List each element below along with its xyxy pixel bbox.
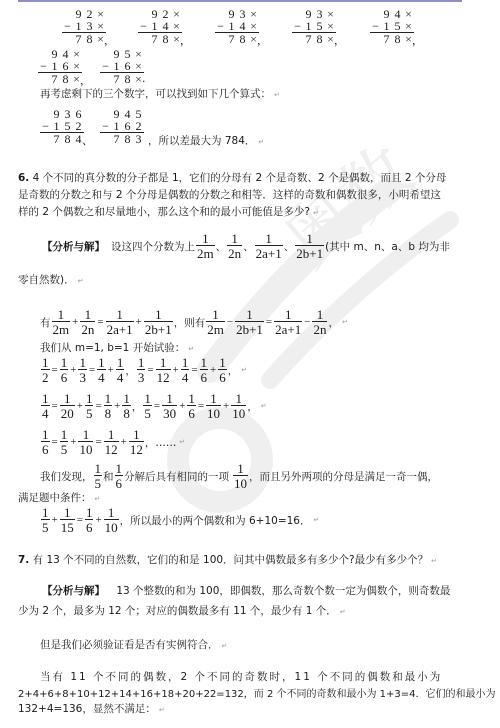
fraction: 15 bbox=[60, 428, 69, 456]
operator: = bbox=[95, 436, 101, 448]
fraction: 15 bbox=[143, 392, 152, 420]
subtraction-bot-row: 783 bbox=[100, 133, 144, 145]
denominator: 2a+1 bbox=[106, 321, 134, 336]
denominator: 6 bbox=[218, 369, 227, 384]
separator: 、 bbox=[243, 239, 254, 254]
fraction: 120 bbox=[60, 392, 75, 420]
numerator: 1 bbox=[41, 428, 50, 441]
denominator: 3 bbox=[137, 369, 146, 384]
numerator: 1 bbox=[165, 392, 174, 405]
numerator: 1 bbox=[154, 308, 163, 321]
numerator: 1 bbox=[63, 392, 72, 405]
operator: + bbox=[52, 514, 58, 526]
subtraction-bot-row: 78× bbox=[215, 33, 259, 45]
fraction: 12a+1 bbox=[106, 308, 134, 336]
digit: − bbox=[138, 20, 149, 32]
vertical-subtraction: 92×−13×78× bbox=[62, 8, 106, 45]
fraction: 14 bbox=[41, 392, 50, 420]
case-line-3: 132+4=136，显然不满足：↵ bbox=[18, 701, 165, 716]
vertical-subtraction: 94×−16×78× bbox=[38, 48, 82, 85]
separator: 、 bbox=[284, 239, 295, 254]
digit: 1 bbox=[111, 60, 122, 72]
operator: + bbox=[72, 316, 78, 328]
digit: 1 bbox=[381, 20, 392, 32]
numerator: 1 bbox=[264, 232, 273, 245]
numerator: 1 bbox=[284, 308, 293, 321]
denominator: 2m bbox=[196, 245, 215, 260]
case-line-2: 2+4+6+8+10+12+14+16+18+20+22=132，而 2 个不同… bbox=[18, 685, 496, 700]
numerator: 1 bbox=[41, 506, 50, 519]
fraction: 112 bbox=[104, 428, 119, 456]
operator: = bbox=[198, 400, 204, 412]
subtraction-bot-row: 78× bbox=[38, 73, 82, 85]
denominator: 6 bbox=[60, 369, 69, 384]
digit: 6 bbox=[122, 60, 133, 72]
vertical-subtraction: 92×−14×78× bbox=[138, 8, 182, 45]
fraction: 12n bbox=[227, 232, 242, 260]
numerator: 1 bbox=[211, 308, 220, 321]
fraction: 18 bbox=[122, 392, 131, 420]
separator: 、 bbox=[216, 239, 227, 254]
digit: 7 bbox=[51, 133, 62, 145]
operator: + bbox=[210, 364, 216, 376]
fraction: 13 bbox=[137, 356, 146, 384]
numerator: 1 bbox=[78, 356, 87, 369]
operator: = bbox=[95, 400, 101, 412]
denominator: 6 bbox=[85, 519, 94, 534]
numerator: 1 bbox=[137, 356, 146, 369]
verify-text: 但是我们必须验证看是否有实例符合．↵ bbox=[40, 637, 227, 652]
digit: × bbox=[171, 20, 182, 32]
digit: 4 bbox=[160, 20, 171, 32]
digit: 6 bbox=[122, 120, 133, 132]
denominator: 4 bbox=[181, 369, 190, 384]
digit: 7 bbox=[226, 33, 237, 45]
consider-text: 再考虑剩下的三个数字，可以找到如下几个算式：↵ bbox=[40, 86, 280, 101]
vertical-subtraction: 945−162783 bbox=[100, 108, 144, 145]
vertical-subtraction: 94×−15×78× bbox=[370, 8, 414, 45]
digit: 1 bbox=[73, 20, 84, 32]
digit: − bbox=[40, 120, 51, 132]
vertical-subtraction: 93×−14×78× bbox=[215, 8, 259, 45]
analysis7-line1: 【分析与解】 13 个整数的和为 100，即偶数，那么奇数个数一定为偶数个，则奇… bbox=[42, 583, 450, 598]
numerator: 1 bbox=[97, 356, 106, 369]
operator: − bbox=[304, 316, 310, 328]
numerator: 1 bbox=[143, 392, 152, 405]
final-equation: 15+115=16+110 ，所以最小的两个偶数和为 6+10=16．↵ bbox=[40, 506, 319, 534]
fraction: 110 bbox=[233, 462, 248, 490]
digit: 3 bbox=[133, 133, 144, 145]
digit: 8 bbox=[237, 33, 248, 45]
numerator: 1 bbox=[82, 428, 91, 441]
operator: = bbox=[147, 364, 153, 376]
denominator: 10 bbox=[206, 405, 221, 420]
fraction: 12b+1 bbox=[235, 308, 264, 336]
case-line-1: 当有 11 个不同的偶数，2 个不同的奇数时，11 个不同的偶数和最小为 bbox=[40, 669, 442, 684]
fraction: 16 bbox=[115, 462, 124, 490]
digit: 5 bbox=[314, 20, 325, 32]
operator: = bbox=[97, 316, 103, 328]
fraction: 14 bbox=[97, 356, 106, 384]
trial-equation: 12=16+13=14+14 bbox=[40, 356, 125, 384]
digit: 7 bbox=[381, 33, 392, 45]
fraction: 14 bbox=[116, 356, 125, 384]
trial-line: 12=16+13=14+14，13=112+14=16+16，↵ bbox=[40, 356, 247, 384]
trial-line: 16=15+110=112+112，……↵ bbox=[40, 428, 185, 456]
numerator: 1 bbox=[187, 392, 196, 405]
digit: × bbox=[248, 20, 259, 32]
denominator: 2b+1 bbox=[144, 321, 173, 336]
fraction: 12b+1 bbox=[295, 232, 324, 260]
digit: 8 bbox=[392, 33, 403, 45]
separator: ， bbox=[412, 32, 423, 48]
numerator: 1 bbox=[305, 232, 314, 245]
digit: − bbox=[100, 120, 111, 132]
denominator: 5 bbox=[143, 405, 152, 420]
digit: 8 bbox=[122, 133, 133, 145]
operator: + bbox=[95, 514, 101, 526]
separator: ， bbox=[257, 32, 268, 48]
denominator: 2m bbox=[206, 321, 225, 336]
operator: + bbox=[77, 400, 83, 412]
subtraction-bot-row: 78× bbox=[370, 33, 414, 45]
digit: 7 bbox=[73, 33, 84, 45]
digit: 7 bbox=[111, 73, 122, 85]
denominator: 4 bbox=[41, 405, 50, 420]
denominator: 30 bbox=[162, 405, 177, 420]
fraction: 16 bbox=[41, 428, 50, 456]
denominator: 2m bbox=[52, 321, 71, 336]
analysis7-line2: 少为 2 个，最多为 12 个；对应的偶数最多有 11 个，最少有 1 个．↵ bbox=[18, 603, 346, 618]
subtraction-bot-row: 78× bbox=[138, 33, 182, 45]
fraction: 12 bbox=[41, 356, 50, 384]
separator: ， bbox=[228, 363, 239, 378]
vertical-subtraction: 936−152784 bbox=[40, 108, 84, 145]
denominator: 2a+1 bbox=[255, 245, 283, 260]
separator: ， bbox=[125, 363, 136, 378]
numerator: 1 bbox=[115, 308, 124, 321]
digit: 6 bbox=[60, 60, 71, 72]
fraction: 12n bbox=[80, 308, 95, 336]
fraction: 14 bbox=[181, 356, 190, 384]
digit: 8 bbox=[84, 33, 95, 45]
found-line: 我们发现， 15 和 16 分解后具有相同的一项 110 ，而且另外两项的分母是… bbox=[40, 462, 438, 490]
denominator: 2n bbox=[312, 321, 327, 336]
denominator: 5 bbox=[60, 441, 69, 456]
numerator: 1 bbox=[60, 428, 69, 441]
fraction: 16 bbox=[60, 356, 69, 384]
trial-equation: 13=112+14=16+16 bbox=[136, 356, 228, 384]
denominator: 4 bbox=[116, 369, 125, 384]
denominator: 6 bbox=[187, 405, 196, 420]
operator: − bbox=[227, 316, 233, 328]
digit: 1 bbox=[111, 120, 122, 132]
equation-line-1: 有 12m+12n=12a+1+12b+1 ，则有 12m−12b+1=12a+… bbox=[40, 308, 348, 336]
separator: ， bbox=[247, 399, 258, 414]
numerator: 1 bbox=[209, 392, 218, 405]
denominator: 3 bbox=[78, 369, 87, 384]
numerator: 1 bbox=[60, 356, 69, 369]
denominator: 2b+1 bbox=[295, 245, 324, 260]
denominator: 20 bbox=[60, 405, 75, 420]
denominator: 6 bbox=[41, 441, 50, 456]
fraction: 18 bbox=[104, 392, 113, 420]
fraction: 12m bbox=[52, 308, 71, 336]
digit: 1 bbox=[49, 60, 60, 72]
vertical-subtraction: 95×−16×78× bbox=[100, 48, 144, 85]
numerator: 1 bbox=[107, 428, 116, 441]
problem-6: 6. 4 个不同的真分数的分子都是 1，它们的分母有 2 个是奇数、2 个是偶数… bbox=[18, 170, 446, 222]
numerator: 1 bbox=[41, 392, 50, 405]
fraction: 112 bbox=[129, 428, 144, 456]
digit: 7 bbox=[111, 133, 122, 145]
fraction: 115 bbox=[60, 506, 75, 534]
page-top-rule bbox=[18, 0, 462, 2]
operator: = bbox=[52, 364, 58, 376]
separator: ， bbox=[104, 32, 115, 48]
digit: × bbox=[403, 20, 414, 32]
denominator: 2b+1 bbox=[235, 321, 264, 336]
subtraction-bot-row: 78× bbox=[62, 33, 106, 45]
operator: + bbox=[108, 364, 114, 376]
digit: 5 bbox=[392, 20, 403, 32]
numerator: 1 bbox=[235, 392, 244, 405]
digit: × bbox=[325, 20, 336, 32]
separator: ， bbox=[132, 399, 143, 414]
digit: 8 bbox=[62, 133, 73, 145]
digit: 8 bbox=[160, 33, 171, 45]
vertical-subtraction: 93×−15×78× bbox=[292, 8, 336, 45]
numerator: 1 bbox=[85, 506, 94, 519]
digit: 5 bbox=[62, 120, 73, 132]
denominator: 8 bbox=[104, 405, 113, 420]
fraction: 12n bbox=[312, 308, 327, 336]
denominator: 5 bbox=[41, 519, 50, 534]
denominator: 4 bbox=[97, 369, 106, 384]
denominator: 10 bbox=[104, 519, 119, 534]
denominator: 6 bbox=[200, 369, 209, 384]
denominator: 2n bbox=[80, 321, 95, 336]
satisfy-text: 满足题中条件：↵ bbox=[18, 490, 100, 505]
fraction: 110 bbox=[231, 392, 246, 420]
denominator: 5 bbox=[85, 405, 94, 420]
fraction: 16 bbox=[85, 506, 94, 534]
operator: + bbox=[223, 400, 229, 412]
numerator: 1 bbox=[245, 308, 254, 321]
numerator: 1 bbox=[218, 356, 227, 369]
analysis6-intro: 【分析与解】 设这四个分数为上 12m、12n、12a+1、12b+1 (其中 … bbox=[42, 232, 450, 260]
fraction: 16 bbox=[187, 392, 196, 420]
numerator: 1 bbox=[84, 308, 93, 321]
fraction: 12b+1 bbox=[144, 308, 173, 336]
digit: 1 bbox=[303, 20, 314, 32]
denominator: 10 bbox=[233, 475, 248, 490]
operator: + bbox=[114, 400, 120, 412]
numerator: 1 bbox=[107, 506, 116, 519]
digit: − bbox=[215, 20, 226, 32]
denominator: 10 bbox=[78, 441, 93, 456]
denominator: 6 bbox=[115, 475, 124, 490]
operator: = bbox=[89, 364, 95, 376]
trial-equation: 16=15+110=112+112 bbox=[40, 428, 145, 456]
numerator: 1 bbox=[201, 232, 210, 245]
operator: = bbox=[52, 400, 58, 412]
digit: 7 bbox=[303, 33, 314, 45]
paragraph-mark: ↵ bbox=[261, 402, 267, 410]
fraction: 16 bbox=[200, 356, 209, 384]
numerator: 1 bbox=[104, 392, 113, 405]
digit: 7 bbox=[149, 33, 160, 45]
subtraction-bot-row: 78× bbox=[292, 33, 336, 45]
denominator: 12 bbox=[129, 441, 144, 456]
fraction: 12m bbox=[196, 232, 215, 260]
digit: 7 bbox=[49, 73, 60, 85]
digit: 8 bbox=[122, 73, 133, 85]
numerator: 1 bbox=[159, 356, 168, 369]
numerator: 1 bbox=[115, 462, 124, 475]
digit: − bbox=[100, 60, 111, 72]
operator: = bbox=[52, 436, 58, 448]
try-text: 我们从 m=1, b=1 开始试验：↵ bbox=[40, 340, 194, 355]
operator: + bbox=[179, 400, 185, 412]
operator: + bbox=[121, 436, 127, 448]
denominator: 5 bbox=[94, 475, 103, 490]
operator: + bbox=[70, 436, 76, 448]
fraction: 12a+1 bbox=[274, 308, 302, 336]
subtraction-bot-row: 784 bbox=[40, 133, 84, 145]
numerator: 1 bbox=[116, 356, 125, 369]
digit: 4 bbox=[237, 20, 248, 32]
denominator: 10 bbox=[231, 405, 246, 420]
analysis6-line2: 零自然数)．↵ bbox=[18, 272, 83, 287]
subtraction-bot-row: 78× bbox=[100, 73, 144, 85]
digit: 2 bbox=[133, 120, 144, 132]
operator: = bbox=[191, 364, 197, 376]
digit: − bbox=[370, 20, 381, 32]
denominator: 2a+1 bbox=[274, 321, 302, 336]
separator: ，…… bbox=[145, 435, 177, 450]
numerator: 1 bbox=[132, 428, 141, 441]
digit: − bbox=[38, 60, 49, 72]
numerator: 1 bbox=[316, 308, 325, 321]
separator: ， bbox=[334, 32, 345, 48]
operator: + bbox=[136, 316, 142, 328]
fraction: 130 bbox=[162, 392, 177, 420]
numerator: 1 bbox=[200, 356, 209, 369]
denominator: 12 bbox=[156, 369, 171, 384]
digit: 2 bbox=[73, 120, 84, 132]
fraction: 112 bbox=[156, 356, 171, 384]
digit: × bbox=[133, 60, 144, 72]
numerator: 1 bbox=[181, 356, 190, 369]
digit: − bbox=[292, 20, 303, 32]
digit: × bbox=[71, 60, 82, 72]
fraction: 110 bbox=[206, 392, 221, 420]
denominator: 2 bbox=[41, 369, 50, 384]
denominator: 15 bbox=[60, 519, 75, 534]
digit: − bbox=[62, 20, 73, 32]
numerator: 1 bbox=[236, 462, 245, 475]
separator: . bbox=[142, 72, 146, 85]
fraction: 12a+1 bbox=[255, 232, 283, 260]
fraction: 12m bbox=[206, 308, 225, 336]
conclusion-text: ，所以差最大为 784．↵ bbox=[148, 133, 264, 148]
paragraph-mark: ↵ bbox=[179, 438, 185, 446]
problem-7: 7. 有 13 个不同的自然数，它们的和是 100．问其中偶数最多有多少个?最少… bbox=[18, 552, 437, 567]
trial-equation: 14=120+15=18+18 bbox=[40, 392, 132, 420]
fraction: 13 bbox=[78, 356, 87, 384]
digit: 1 bbox=[149, 20, 160, 32]
paragraph-mark: ↵ bbox=[241, 366, 247, 374]
digit: 8 bbox=[60, 73, 71, 85]
digit: 8 bbox=[314, 33, 325, 45]
fraction: 15 bbox=[85, 392, 94, 420]
digit: 1 bbox=[226, 20, 237, 32]
trial-line: 14=120+15=18+18，15=130+16=110+110，↵ bbox=[40, 392, 267, 420]
separator: ， bbox=[180, 32, 191, 48]
denominator: 8 bbox=[122, 405, 131, 420]
operator: = bbox=[266, 316, 272, 328]
separator: 、 bbox=[82, 132, 93, 148]
numerator: 1 bbox=[57, 308, 66, 321]
digit: × bbox=[95, 20, 106, 32]
operator: + bbox=[70, 364, 76, 376]
fraction: 16 bbox=[218, 356, 227, 384]
numerator: 1 bbox=[94, 462, 103, 475]
numerator: 1 bbox=[85, 392, 94, 405]
operator: = bbox=[77, 514, 83, 526]
digit: 3 bbox=[84, 20, 95, 32]
numerator: 1 bbox=[41, 356, 50, 369]
denominator: 12 bbox=[104, 441, 119, 456]
numerator: 1 bbox=[63, 506, 72, 519]
denominator: 2n bbox=[227, 245, 242, 260]
operator: = bbox=[154, 400, 160, 412]
digit: 1 bbox=[51, 120, 62, 132]
numerator: 1 bbox=[122, 392, 131, 405]
fraction: 110 bbox=[104, 506, 119, 534]
fraction: 15 bbox=[41, 506, 50, 534]
fraction: 110 bbox=[78, 428, 93, 456]
numerator: 1 bbox=[230, 232, 239, 245]
fraction: 15 bbox=[94, 462, 103, 490]
trial-equation: 15=130+16=110+110 bbox=[142, 392, 247, 420]
operator: + bbox=[173, 364, 179, 376]
